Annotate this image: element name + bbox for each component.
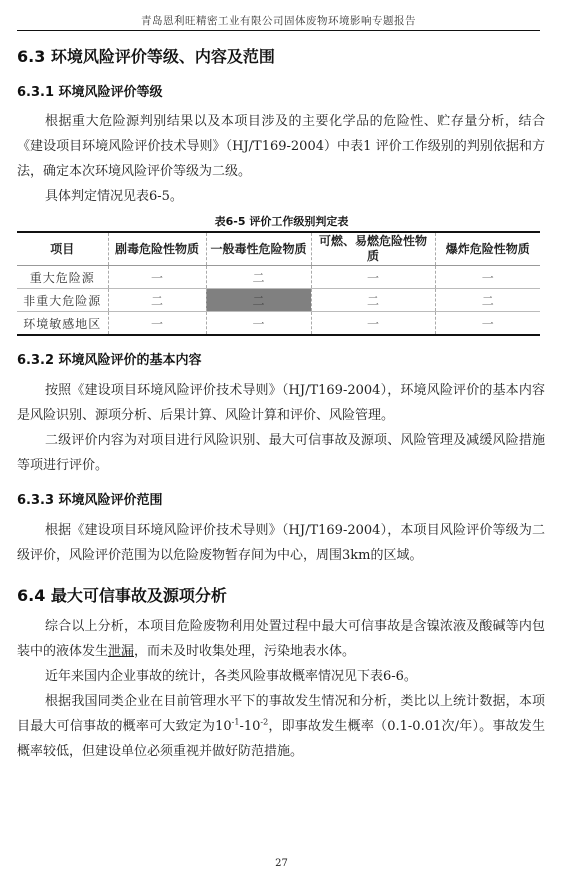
underlined-term: 泄漏 [108,644,134,659]
paragraph-6-3-1-see-table: 具体判定情况见表6-5。 [17,184,545,209]
row-label: 重大危险源 [17,266,108,289]
column-header: 可燃、易燃危险性物质 [311,232,435,266]
table-row: 环境敏感地区 一 一 一 一 [17,312,540,336]
paragraph-6-3-2-secondary: 二级评价内容为对项目进行风险识别、最大可信事故及源项、风险管理及减缓风险措施等项… [17,428,545,478]
section-heading-6-4: 6.4 最大可信事故及源项分析 [17,583,227,606]
page-number: 27 [0,858,563,869]
grade-determination-table: 项目 剧毒危险性物质 一般毒性危险物质 可燃、易燃危险性物质 爆炸危险性物质 重… [17,231,540,336]
text-run: ，而未及时收集处理，污染地表水体。 [134,644,355,659]
row-label: 非重大危险源 [17,289,108,312]
column-header: 剧毒危险性物质 [108,232,206,266]
section-heading-6-3-2: 6.3.2 环境风险评价的基本内容 [17,349,202,368]
table-cell: 二 [435,289,540,312]
column-header: 项目 [17,232,108,266]
exponent: -2 [260,718,268,727]
paragraph-6-3-3-scope: 根据《建设项目环境风险评价技术导则》（HJ/T169-2004），本项目风险评价… [17,518,545,568]
table-cell: 一 [435,312,540,336]
paragraph-6-4-max-accident: 综合以上分析，本项目危险废物利用处置过程中最大可信事故是含镍浓液及酸碱等内包装中… [17,614,545,664]
table-cell: 一 [206,312,311,336]
column-header: 一般毒性危险物质 [206,232,311,266]
table-row: 重大危险源 一 二 一 一 [17,266,540,289]
section-heading-6-3: 6.3 环境风险评价等级、内容及范围 [17,44,275,67]
table-cell: 一 [311,312,435,336]
table-cell: 一 [435,266,540,289]
column-header: 爆炸危险性物质 [435,232,540,266]
section-heading-6-3-1: 6.3.1 环境风险评价等级 [17,81,163,100]
running-header: 青岛恩利旺精密工业有限公司固体废物环境影响专题报告 [17,14,540,31]
table-cell: 二 [108,289,206,312]
highlighted-table-cell: 二 [206,289,311,312]
paragraph-6-3-2-content: 按照《建设项目环境风险评价技术导则》（HJ/T169-2004），环境风险评价的… [17,378,545,428]
row-label: 环境敏感地区 [17,312,108,336]
table-cell: 二 [311,289,435,312]
table-cell: 一 [311,266,435,289]
paragraph-6-3-1-grade-basis: 根据重大危险源判别结果以及本项目涉及的主要化学品的危险性、贮存量分析，结合《建设… [17,109,545,184]
table-row: 非重大危险源 二 二 二 二 [17,289,540,312]
table-cell: 一 [108,266,206,289]
table-header-row: 项目 剧毒危险性物质 一般毒性危险物质 可燃、易燃危险性物质 爆炸危险性物质 [17,232,540,266]
paragraph-6-4-probability: 根据我国同类企业在目前管理水平下的事故发生情况和分析，类比以上统计数据，本项目最… [17,689,545,764]
table-caption: 表6-5 评价工作级别判定表 [0,213,563,229]
table-cell: 二 [206,266,311,289]
paragraph-6-4-statistics: 近年来国内企业事故的统计，各类风险事故概率情况见下表6-6。 [17,664,545,689]
section-heading-6-3-3: 6.3.3 环境风险评价范围 [17,489,163,508]
text-run: -10 [239,719,260,734]
table-cell: 一 [108,312,206,336]
